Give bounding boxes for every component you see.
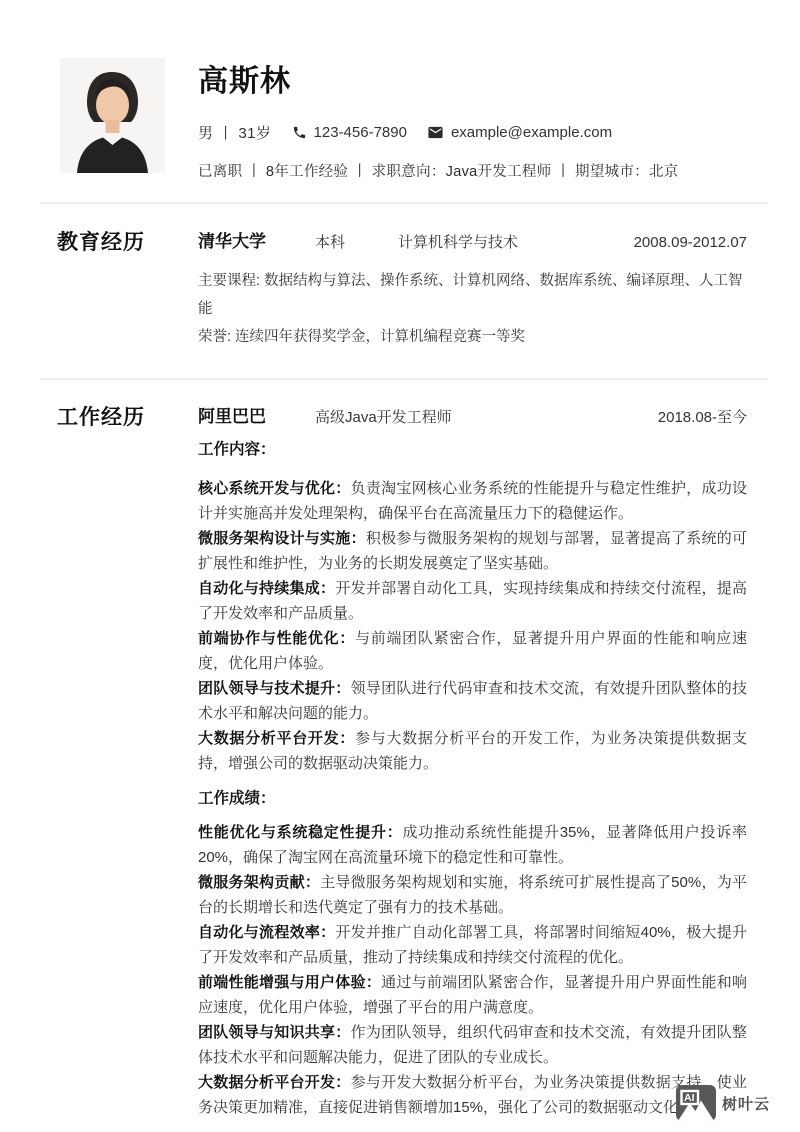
work-result-item: 前端性能增强与用户体验：通过与前端团队紧密合作，显著提升用户界面性能和响应速度，… <box>198 970 747 1020</box>
resume-header: 高斯林 男 丨 31岁 123-456-7890 example@example… <box>0 0 800 202</box>
item-label: 大数据分析平台开发： <box>198 1074 351 1091</box>
education-honors: 荣誉: 连续四年获得奖学金，计算机编程竞赛一等奖 <box>198 323 747 351</box>
work-results-list: 性能优化与系统稳定性提升：成功推动系统性能提升35%，显著降低用户投诉率20%，… <box>198 820 747 1120</box>
email-icon <box>427 124 444 141</box>
item-label: 团队领导与技术提升： <box>198 680 351 697</box>
item-label: 团队领导与知识共享： <box>198 1024 351 1041</box>
item-label: 前端协作与性能优化： <box>198 630 355 647</box>
item-label: 前端性能增强与用户体验： <box>198 974 381 991</box>
education-period: 2008.09-2012.07 <box>634 230 747 256</box>
education-entry-row: 清华大学 本科 计算机科学与技术 2008.09-2012.07 <box>198 229 747 256</box>
ai-logo-icon: AI <box>676 1085 716 1121</box>
work-entry-row: 阿里巴巴 高级Java开发工程师 2018.08-至今 <box>198 404 747 431</box>
brand-watermark: AI 树叶云 <box>676 1085 770 1121</box>
education-content: 清华大学 本科 计算机科学与技术 2008.09-2012.07 主要课程: 数… <box>198 229 747 378</box>
item-label: 性能优化与系统稳定性提升： <box>198 824 402 841</box>
work-result-item: 性能优化与系统稳定性提升：成功推动系统性能提升35%，显著降低用户投诉率20%，… <box>198 820 747 870</box>
item-label: 自动化与流程效率： <box>198 924 335 941</box>
contact-row: 男 丨 31岁 123-456-7890 example@example.com <box>198 122 768 143</box>
school-name: 清华大学 <box>198 229 315 255</box>
work-result-item: 大数据分析平台开发：参与开发大数据分析平台，为业务决策提供数据支持，使业务决策更… <box>198 1070 747 1120</box>
job-intent-row: 已离职 丨 8年工作经验 丨 求职意向：Java开发工程师 丨 期望城市：北京 <box>198 160 768 181</box>
item-label: 大数据分析平台开发： <box>198 730 355 747</box>
work-content-item: 团队领导与技术提升：领导团队进行代码审查和技术交流，有效提升团队整体的技术水平和… <box>198 676 747 726</box>
education-section: 教育经历 清华大学 本科 计算机科学与技术 2008.09-2012.07 主要… <box>0 204 800 378</box>
resume-page: 高斯林 男 丨 31岁 123-456-7890 example@example… <box>0 0 800 1132</box>
gender-age: 男 丨 31岁 <box>198 122 272 143</box>
item-label: 微服务架构贡献： <box>198 874 320 891</box>
item-label: 自动化与持续集成： <box>198 580 335 597</box>
work-section: 工作经历 阿里巴巴 高级Java开发工程师 2018.08-至今 工作内容： 核… <box>0 380 800 1120</box>
work-content-item: 核心系统开发与优化：负责淘宝网核心业务系统的性能提升与稳定性维护，成功设计并实施… <box>198 476 747 526</box>
item-label: 微服务架构设计与实施： <box>198 530 366 547</box>
phone-number: 123-456-7890 <box>314 124 407 141</box>
item-label: 核心系统开发与优化： <box>198 480 351 497</box>
work-content-label: 工作内容： <box>198 437 747 462</box>
work-content-item: 自动化与持续集成：开发并部署自动化工具，实现持续集成和持续交付流程，提高了开发效… <box>198 576 747 626</box>
phone-icon <box>292 125 307 140</box>
email-address: example@example.com <box>451 124 612 141</box>
ai-logo-text: AI <box>684 1092 695 1104</box>
profile-photo-illustration <box>60 58 165 173</box>
company-name: 阿里巴巴 <box>198 404 315 430</box>
work-period: 2018.08-至今 <box>658 405 747 431</box>
section-title-education: 教育经历 <box>57 229 198 378</box>
work-content-item: 微服务架构设计与实施：积极参与微服务架构的规划与部署，显著提高了系统的可扩展性和… <box>198 526 747 576</box>
education-details: 主要课程: 数据结构与算法、操作系统、计算机网络、数据库系统、编译原理、人工智能… <box>198 267 747 378</box>
job-title: 高级Java开发工程师 <box>315 405 452 431</box>
work-content-item: 前端协作与性能优化：与前端团队紧密合作，显著提升用户界面的性能和响应速度，优化用… <box>198 626 747 676</box>
section-title-work: 工作经历 <box>57 404 198 1120</box>
work-results-label: 工作成绩： <box>198 786 747 811</box>
work-content: 阿里巴巴 高级Java开发工程师 2018.08-至今 工作内容： 核心系统开发… <box>198 404 747 1120</box>
brand-name: 树叶云 <box>722 1093 770 1114</box>
candidate-name: 高斯林 <box>198 63 768 101</box>
work-content-item: 大数据分析平台开发：参与大数据分析平台的开发工作，为业务决策提供数据支持，增强公… <box>198 726 747 776</box>
education-courses: 主要课程: 数据结构与算法、操作系统、计算机网络、数据库系统、编译原理、人工智能 <box>198 267 747 323</box>
work-result-item: 微服务架构贡献：主导微服务架构规划和实施，将系统可扩展性提高了50%，为平台的长… <box>198 870 747 920</box>
work-result-item: 团队领导与知识共享：作为团队领导，组织代码审查和技术交流，有效提升团队整体技术水… <box>198 1020 747 1070</box>
work-content-list: 核心系统开发与优化：负责淘宝网核心业务系统的性能提升与稳定性维护，成功设计并实施… <box>198 476 747 776</box>
major: 计算机科学与技术 <box>398 230 518 256</box>
header-info: 高斯林 男 丨 31岁 123-456-7890 example@example… <box>198 58 768 202</box>
work-result-item: 自动化与流程效率：开发并推广自动化部署工具，将部署时间缩短40%，极大提升了开发… <box>198 920 747 970</box>
degree: 本科 <box>315 230 398 256</box>
profile-photo <box>60 58 165 173</box>
